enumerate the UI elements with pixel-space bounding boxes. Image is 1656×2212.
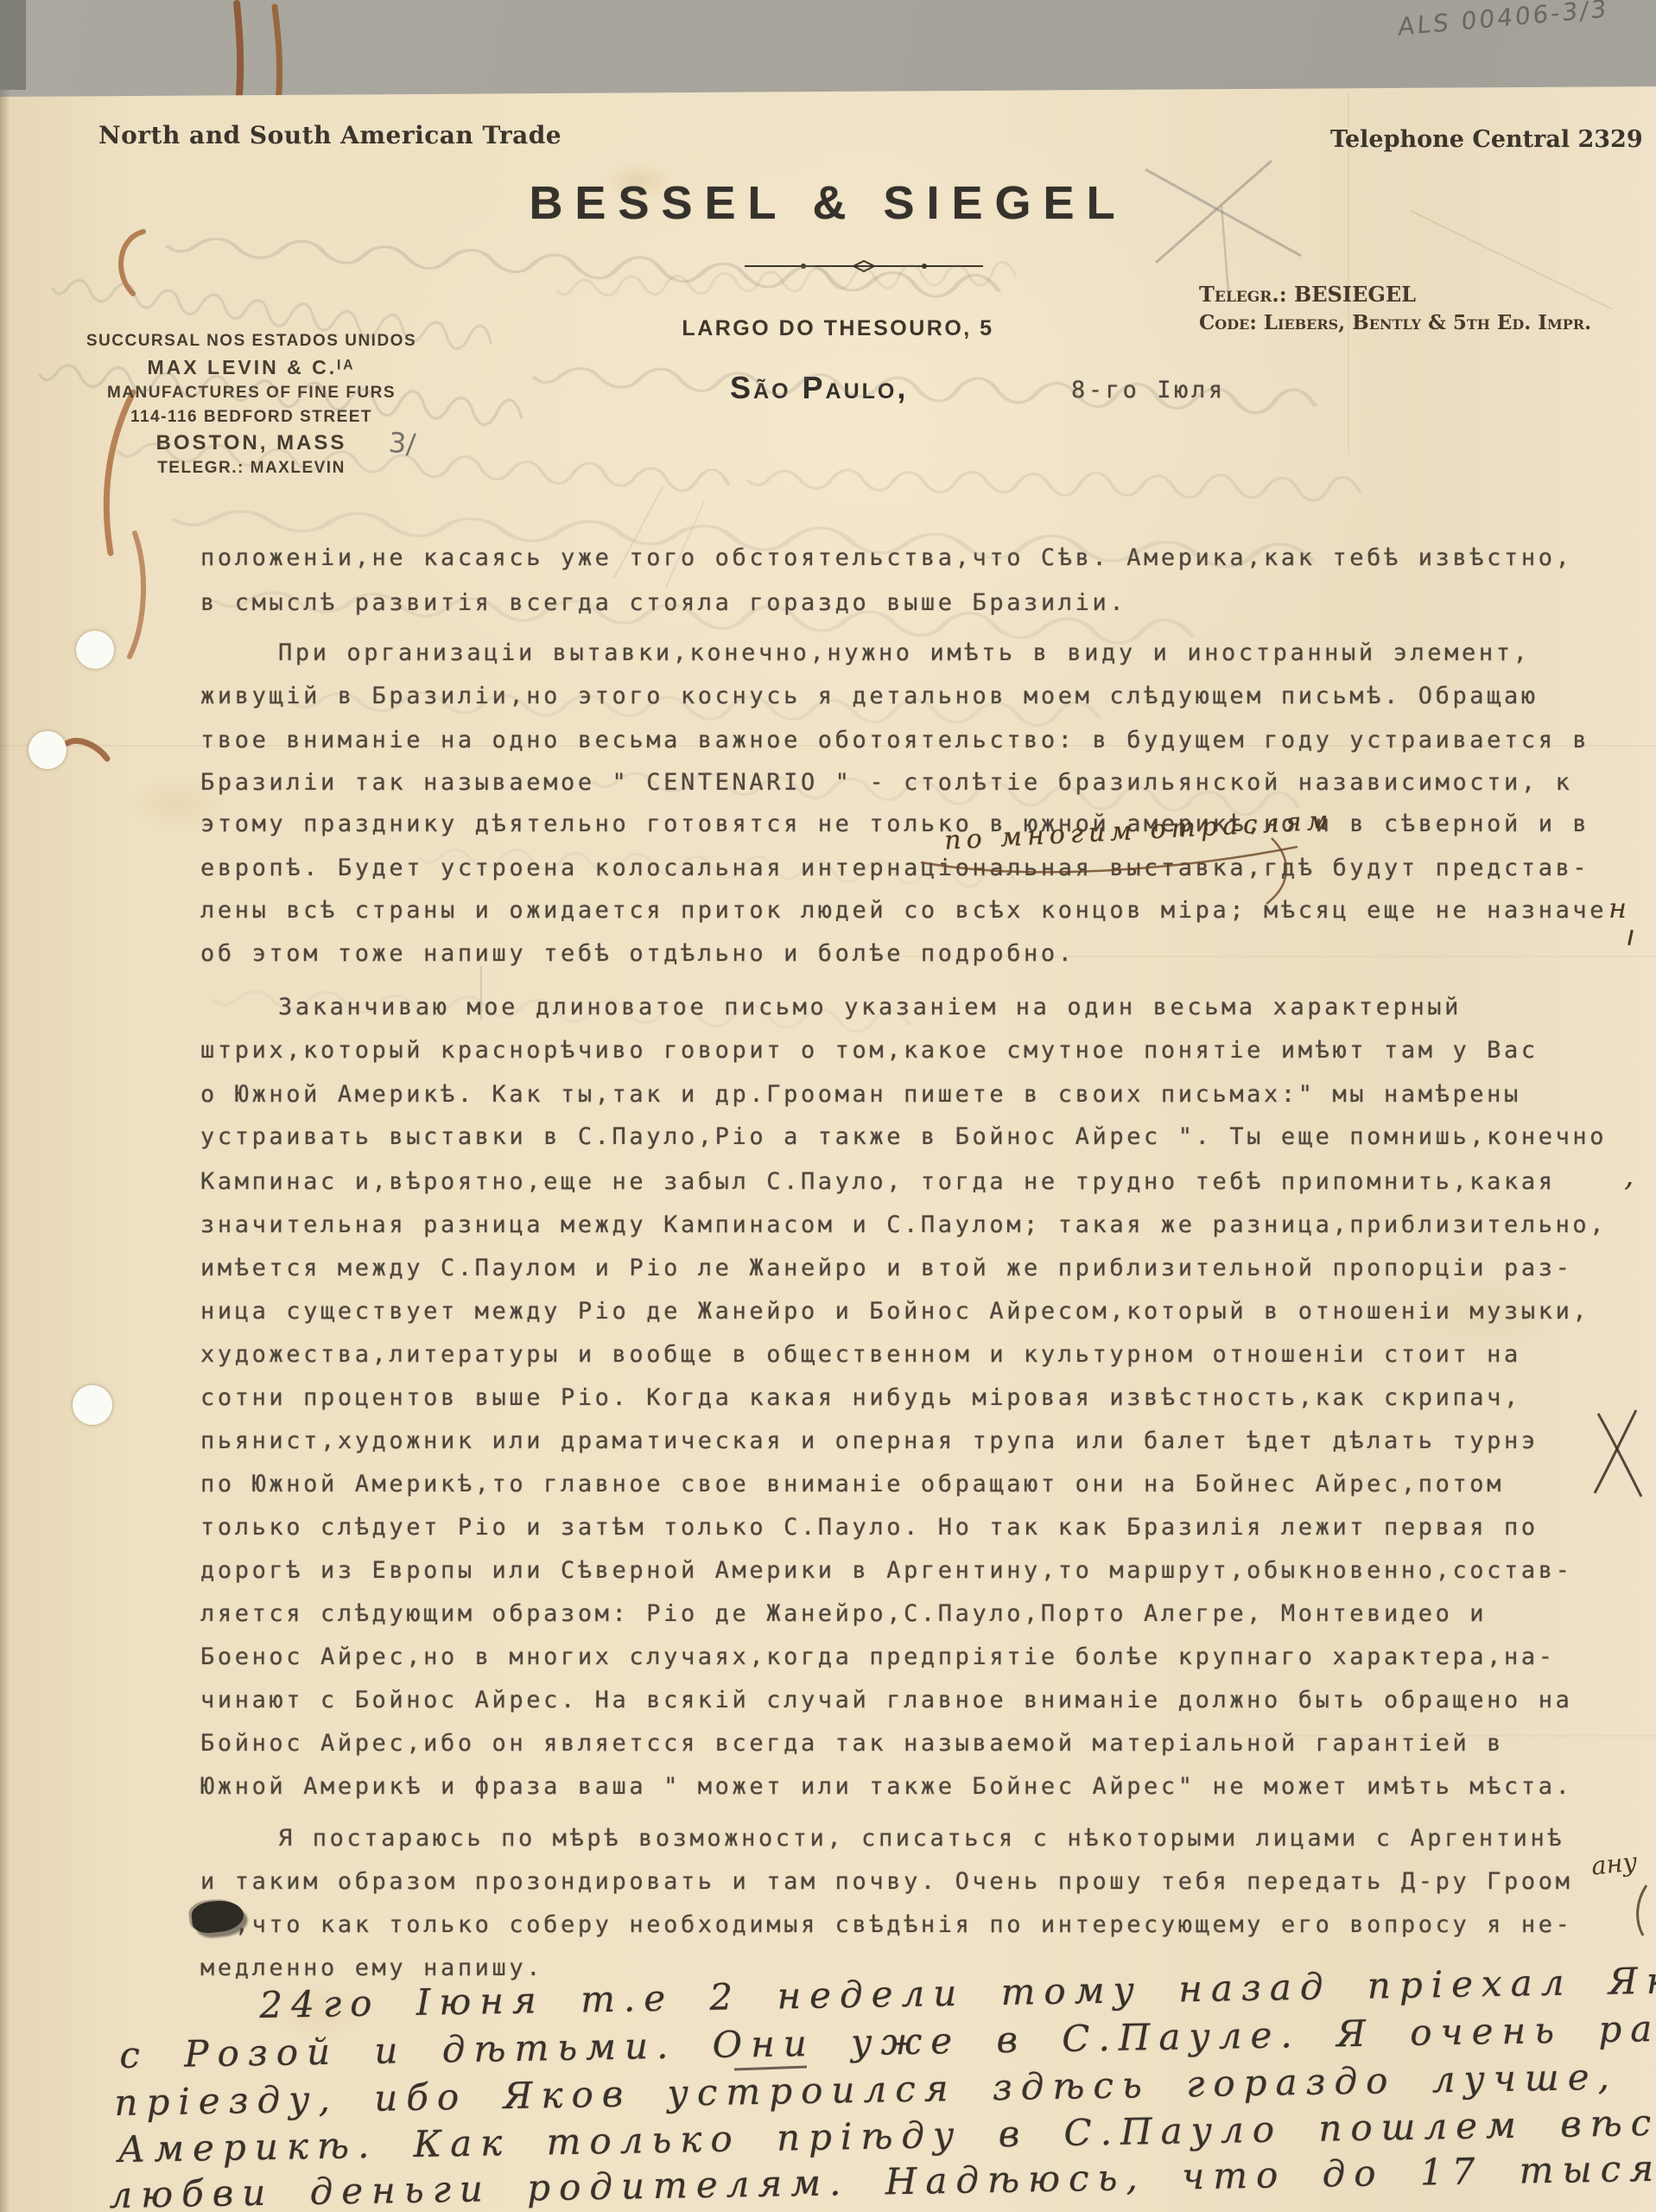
ink-flourish [1627, 1884, 1653, 1939]
ink-margin-comma: , [1624, 1158, 1634, 1193]
ink-added-letter: н [1608, 892, 1627, 925]
letterhead-city: São Paulo, [730, 370, 908, 406]
typed-line: ляется слѣдующим образом: Ріо де Жанейро… [200, 1600, 1487, 1627]
typed-line: Южной Америкѣ и фраза ваша " может или т… [200, 1773, 1572, 1800]
punch-hole [76, 631, 114, 669]
typed-line: европѣ. Будет устроена колосальная интер… [200, 855, 1589, 881]
typed-line: об этом тоже напишу тебѣ отдѣльно и болѣ… [200, 940, 1075, 967]
paper-edge-shadow [0, 90, 10, 2212]
letterhead-telephone: Telephone Central 2329 [1330, 126, 1643, 153]
typed-line: Боенос Айрес,но в многих случаях,когда п… [200, 1643, 1556, 1670]
company-name: BESSEL & SIEGEL [0, 176, 1656, 230]
rust-stain-streak [116, 529, 164, 663]
typed-line: ,что как только соберу необходимыя свѣдѣ… [200, 1911, 1572, 1938]
typed-line: сотни процентов выше Ріо. Когда какая ни… [200, 1384, 1521, 1411]
typed-line: о Южной Америкѣ. Как ты,так и др.Грооман… [200, 1081, 1521, 1108]
archival-number: ALS 00406-3/3 [1398, 0, 1609, 41]
telegraph-code: Code: Liebers, Bently & 5th Ed. Impr. [1199, 311, 1591, 334]
us-branch-line: 114-116 BEDFORD STREET [57, 408, 446, 427]
typed-line: ница существует между Ріо де Жанейро и Б… [200, 1298, 1589, 1325]
us-branch-line: MAX LEVIN & C.ᴵᴬ [57, 356, 446, 379]
letterhead-trade-line: North and South American Trade [98, 121, 562, 149]
typed-line: в смыслѣ развитія всегда стояла гораздо … [200, 589, 1126, 616]
typed-line: положеніи,не касаясь уже того обстоятель… [200, 544, 1572, 571]
us-branch-line: SUCCURSAL NOS ESTADOS UNIDOS [57, 332, 446, 351]
typed-line: Бразиліи так называемое " CENTENARIO " -… [200, 769, 1572, 796]
typed-line: значительная разница между Кампинасом и … [200, 1211, 1607, 1238]
typed-line: только слѣдует Ріо и затѣм только С.Паул… [200, 1514, 1539, 1541]
typed-line: твое вниманіе на одно весьма важное обот… [200, 727, 1589, 753]
typed-line: чинают с Бойнос Айрес. На всякій случай … [200, 1687, 1572, 1713]
typed-line: При организаціи вытавки,конечно,нужно им… [278, 639, 1530, 666]
us-branch-line: MANUFACTURES OF FINE FURS [57, 384, 446, 403]
decorative-rule [743, 257, 985, 275]
typed-line: лены всѣ страны и ожидается приток людей… [200, 897, 1607, 924]
typed-line: медленно ему напишу. [200, 1955, 543, 1981]
rust-stain-curl [107, 226, 155, 301]
ink-margin-cross [1588, 1407, 1648, 1502]
punch-hole [29, 731, 67, 769]
us-branch-line: TELEGR.: MAXLEVIN [57, 459, 446, 478]
typed-line: Кампинас и,вѣроятно,еще не забыл С.Пауло… [200, 1168, 1556, 1195]
typed-line: по Южной Америкѣ,то главное свое внимані… [200, 1471, 1504, 1497]
typed-line: дорогѣ из Европы или Сѣверной Америки в … [200, 1557, 1572, 1584]
punch-hole [73, 1385, 112, 1425]
typed-line: и таким образом прозондировать и там поч… [200, 1868, 1572, 1895]
typed-line: Бойнос Айрес,ибо он являетсся всегда так… [200, 1730, 1504, 1757]
ink-added-ending: ану [1589, 1847, 1638, 1880]
typed-line: художества,литературы и вообще в обществ… [200, 1341, 1521, 1368]
scanned-letter: ALS 00406-3/3 North and South American T… [0, 0, 1656, 2212]
typed-line: Я постараюсь по мѣрѣ возможности, списат… [278, 1825, 1564, 1852]
typed-line: штрих,который краснорѣчиво говорит о том… [200, 1037, 1539, 1064]
ink-insertion-flourish [916, 836, 1304, 907]
typed-line: живущій в Бразиліи,но этого коснусь я де… [200, 683, 1539, 709]
typed-line: этому празднику дѣятельно готовятся не т… [200, 810, 1589, 837]
typed-line: Заканчиваю мое длиноватое письмо указані… [278, 994, 1462, 1020]
pencil-page-mark: 3/ [388, 426, 417, 461]
typed-line: пьянист,художник или драматическая и опе… [200, 1427, 1539, 1454]
pencil-cross-mark [1139, 154, 1311, 301]
rust-stain-crumb [60, 734, 112, 769]
typed-line: имѣется между С.Паулом и Ріо ле Жанейро … [200, 1255, 1572, 1281]
scanner-corner-shadow [0, 0, 26, 90]
typed-line: устраивать выставки в С.Пауло,Ріо а такж… [200, 1123, 1607, 1150]
typed-date: 8-го Іюля [1071, 377, 1226, 404]
